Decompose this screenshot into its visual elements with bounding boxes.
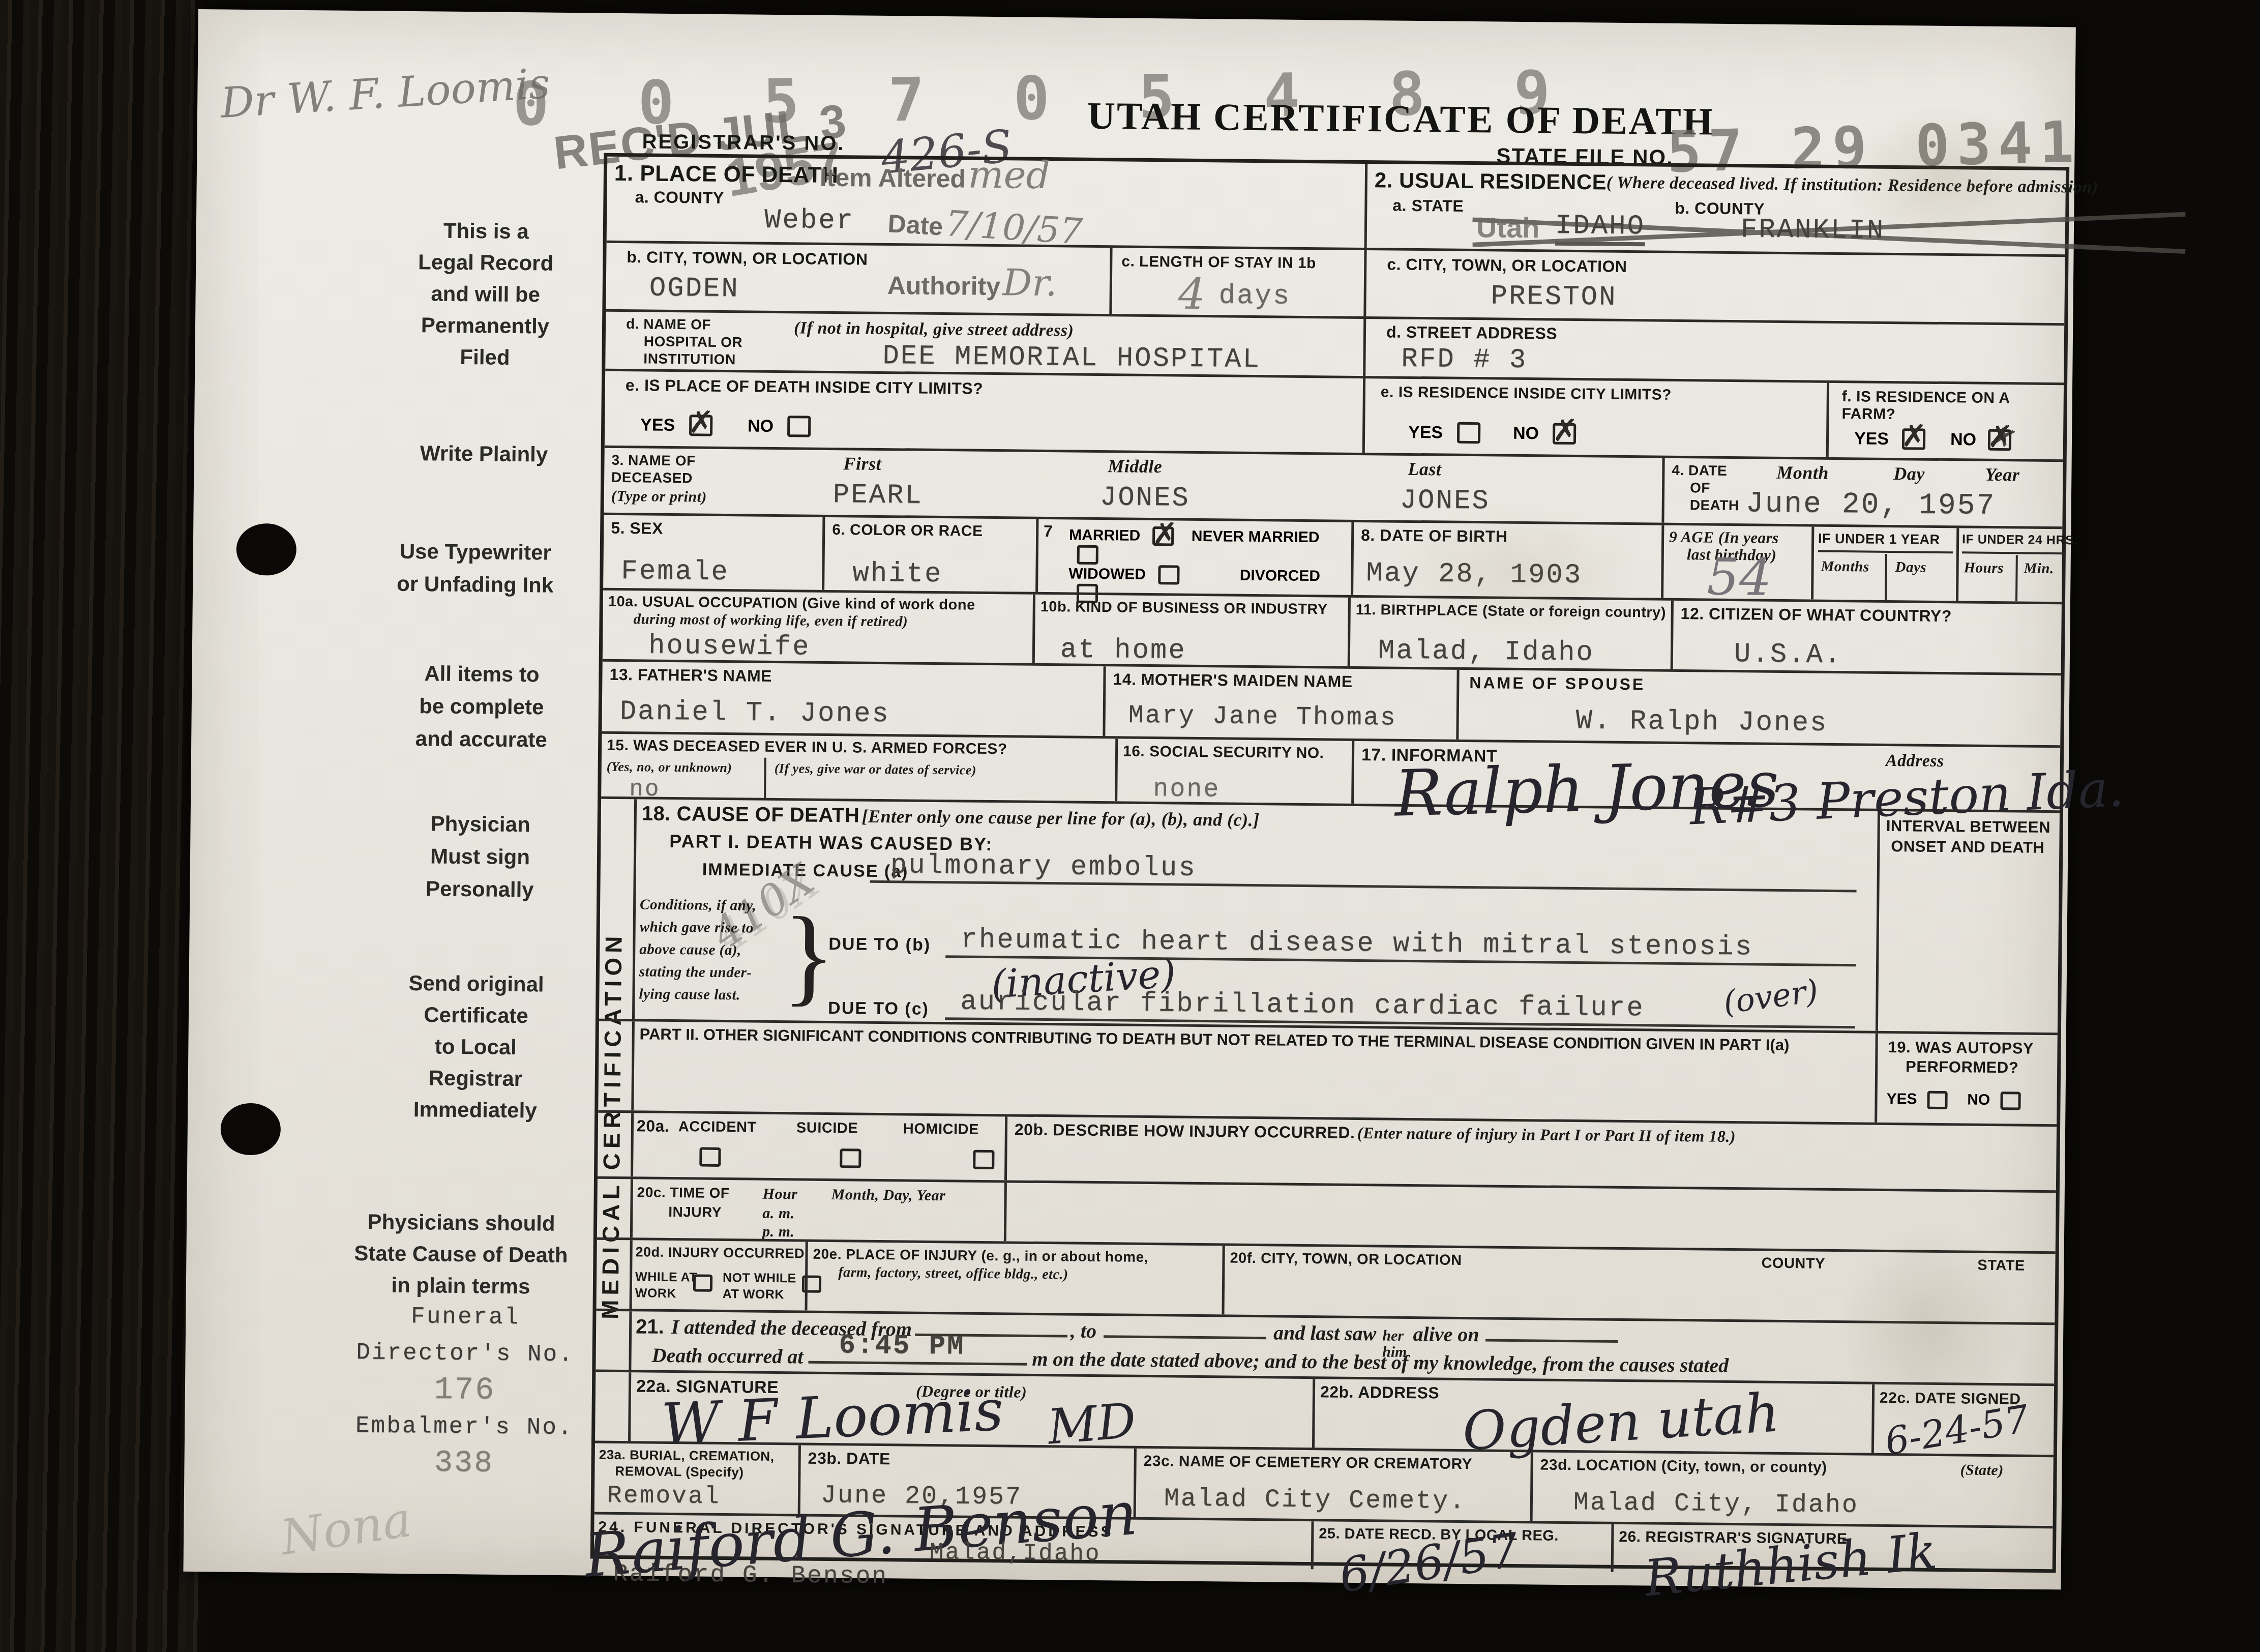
never-married-label: NEVER MARRIED — [1192, 528, 1320, 546]
funeral-directors-no-value: 176 — [353, 1371, 577, 1409]
margin-note-typewriter: Use Typewriter or Unfading Ink — [368, 535, 582, 602]
margin-note-write-plainly: Write Plainly — [387, 441, 580, 467]
paper-stain — [1839, 101, 2054, 256]
farm-yes-label: YES — [1854, 429, 1889, 449]
value-length-of-stay-number: 4 — [1178, 269, 1205, 319]
farm-no-checkbox: ✗✗ — [1988, 429, 2011, 451]
cell-armed-forces: 15. WAS DECEASED EVER IN U. S. ARMED FOR… — [601, 734, 1115, 802]
value-residence-city: PRESTON — [1491, 281, 1617, 313]
cell-name-of-spouse: NAME OF SPOUSE W. Ralph Jones — [1456, 670, 2068, 746]
cell-injury-occurred: 20d. INJURY OCCURRED WHILE AT WORK NOT W… — [632, 1240, 806, 1310]
value-spouse-name: W. Ralph Jones — [1575, 705, 1828, 739]
widowed-label: WIDOWED — [1068, 565, 1146, 582]
cell-age: 9 AGE (In years last birthday) 54 — [1661, 525, 1811, 600]
faint-pencil-note: Nona — [277, 1492, 415, 1567]
value-mothers-maiden-name: Mary Jane Thomas — [1128, 701, 1397, 733]
cell-informant: 17. INFORMANT Address Ralph Jones R#3 Pr… — [1351, 741, 2067, 811]
homicide-checkbox — [973, 1150, 994, 1169]
physician-degree-value: MD — [1046, 1393, 1138, 1455]
divorced-label: DIVORCED — [1240, 567, 1321, 585]
margin-note-legal-record: This is a Legal Record and will be Perma… — [388, 215, 583, 374]
autopsy-no-label: NO — [1967, 1091, 1990, 1108]
value-hospital-name: DEE MEMORIAL HOSPITAL — [882, 341, 1261, 375]
cell-date-received: 25. DATE RECD. BY LOCAL REG. 6/26/57 — [1311, 1521, 1612, 1572]
row-part2-autopsy: PART II. OTHER SIGNIFICANT CONDITIONS CO… — [598, 1019, 2058, 1125]
item-altered-stamp: Item Altered med — [820, 152, 1051, 197]
cell-color-race: 6. COLOR OR RACE white — [822, 517, 1036, 592]
value-color-race: white — [852, 558, 943, 590]
married-checkbox: ✗ — [1152, 526, 1174, 546]
registrars-no-label: REGISTRAR'S NO. — [642, 130, 845, 155]
death-limits-yes-label: YES — [640, 415, 675, 435]
value-cemetery-name: Malad City Cemety. — [1164, 1484, 1467, 1516]
cell-business-industry: 10b. KIND OF BUSINESS OR INDUSTRY at hom… — [1032, 595, 1348, 666]
cell-fathers-name: 13. FATHER'S NAME Daniel T. Jones — [602, 662, 1103, 736]
value-birthplace: Malad, Idaho — [1378, 635, 1594, 668]
handwritten-over-note: (over) — [1721, 972, 1821, 1021]
death-limits-no-checkbox — [787, 416, 811, 437]
value-citizen: U.S.A. — [1734, 639, 1842, 671]
cell-if-under-24-hrs: IF UNDER 24 HRS. Hours Min. — [1956, 528, 2069, 602]
value-business: at home — [1060, 634, 1186, 666]
cell-residence-city-limits: e. IS RESIDENCE INSIDE CITY LIMITS? YES … — [1362, 378, 1827, 457]
row-sex-race-marital-dob-age: 5. SEX Female 6. COLOR OR RACE white 7 M… — [603, 513, 2062, 602]
while-at-work-checkbox — [693, 1274, 712, 1291]
cell-sex: 5. SEX Female — [603, 515, 822, 590]
residence-limits-no-checkbox: ✗ — [1553, 423, 1576, 445]
physician-address-value: Ogden utah — [1461, 1381, 1781, 1462]
cell-place-of-injury: 20e. PLACE OF INJURY (e. g., in or about… — [805, 1242, 1222, 1315]
cell-funeral-director: 24. FUNERAL DIRECTOR'S SIGNATURE AND ADD… — [594, 1515, 1312, 1570]
alteration-date-value: 7/10/57 — [944, 202, 1083, 253]
punch-hole-bottom — [220, 1103, 281, 1156]
never-married-checkbox — [1077, 545, 1098, 565]
embalmers-no-value: 338 — [352, 1444, 576, 1483]
margin-note-send-original: Send original Certificate to Local Regis… — [368, 967, 583, 1127]
value-first-name: PEARL — [833, 480, 924, 512]
farm-yes-checkbox: ✗ — [1901, 428, 1925, 450]
cell-time-of-injury: 20c. TIME OF INJURY Hour Month, Day, Yea… — [633, 1179, 1004, 1241]
cell-cemetery-location: 23d. LOCATION (City, town, or county) (S… — [1530, 1452, 2061, 1526]
embalmers-no-label: Embalmer's No. — [352, 1407, 577, 1446]
cell-autopsy: 19. WAS AUTOPSY PERFORMED? YES NO — [1875, 1034, 2065, 1125]
cell-marital-status: 7 MARRIED ✗ NEVER MARRIED WIDOWED DIVORC… — [1035, 519, 1351, 595]
value-street-address: RFD # 3 — [1401, 344, 1527, 376]
cell-social-security: 16. SOCIAL SECURITY NO. none — [1115, 739, 1352, 803]
certificate-paper: Dr W. F. Loomis This is a Legal Record a… — [184, 9, 2076, 1589]
value-immediate-cause: pulmonary embolus — [890, 850, 1197, 884]
cell-residence-farm: f. IS RESIDENCE ON A FARM? YES ✗ NO ✗✗ — [1826, 383, 2071, 460]
row-occupation-birthplace-citizen: 10a. USUAL OCCUPATION (Give kind of work… — [603, 588, 2062, 673]
cell-describe-injury: 20b. DESCRIBE HOW INJURY OCCURRED. (Ente… — [1004, 1116, 2064, 1190]
cell-registrar-signature: 26. REGISTRAR'S SIGNATURE Ruthhish Ik — [1611, 1524, 2060, 1576]
row-parents-spouse: 13. FATHER'S NAME Daniel T. Jones 14. MO… — [602, 659, 2061, 746]
cell-death-city-limits: e. IS PLACE OF DEATH INSIDE CITY LIMITS?… — [605, 371, 1363, 453]
value-occupation: housewife — [648, 631, 811, 663]
funeral-director-address: Malad,Idaho — [930, 1539, 1101, 1567]
value-burial-type: Removal — [607, 1482, 721, 1511]
form-title: UTAH CERTIFICATE OF DEATH — [1087, 94, 1715, 144]
value-ssn: none — [1153, 775, 1221, 804]
alteration-authority-value: Dr. — [1002, 261, 1057, 304]
row-city-limits: e. IS PLACE OF DEATH INSIDE CITY LIMITS?… — [605, 369, 2064, 460]
cell-residence-city: c. CITY, TOWN, OR LOCATION PRESTON — [1363, 250, 2072, 323]
autopsy-yes-checkbox — [1927, 1091, 1948, 1109]
value-death-county: Weber — [764, 205, 855, 237]
value-residence-state: IDAHO — [1555, 211, 1646, 247]
residence-limits-yes-checkbox — [1456, 422, 1480, 444]
pencil-doctor-name: Dr W. F. Loomis — [219, 60, 551, 128]
cell-physician-signature: 22a. SIGNATURE (Degree or title) W F Loo… — [631, 1372, 1313, 1448]
accident-checkbox — [699, 1147, 721, 1167]
cell-hospital-name: d. NAME OF HOSPITAL OR INSTITUTION (If n… — [605, 312, 1363, 376]
cell-accident-suicide-homicide: 20a. ACCIDENT SUICIDE HOMICIDE — [633, 1113, 1005, 1180]
value-length-of-stay-unit: days — [1218, 280, 1291, 312]
cell-physician-address: 22b. ADDRESS Ogden utah — [1312, 1379, 1872, 1453]
row-cause-of-death: 18. CAUSE OF DEATH [Enter only one cause… — [599, 796, 2060, 1033]
widowed-checkbox — [1158, 565, 1179, 584]
suicide-checkbox — [840, 1148, 861, 1168]
value-time-of-death: 6:45 PM — [839, 1330, 965, 1362]
farm-no-label: NO — [1950, 430, 1976, 449]
residence-limits-yes-label: YES — [1408, 423, 1443, 442]
cell-interval-onset-death: INTERVAL BETWEEN ONSET AND DEATH — [1876, 811, 2067, 1033]
cell-part2-conditions: PART II. OTHER SIGNIFICANT CONDITIONS CO… — [634, 1021, 1876, 1122]
residence-limits-no-label: NO — [1513, 424, 1539, 443]
punch-hole-top — [236, 523, 296, 576]
cell-citizen-country: 12. CITIZEN OF WHAT COUNTRY? U.S.A. — [1671, 601, 2069, 673]
value-middle-name: JONES — [1100, 482, 1191, 514]
row-injury-location: 20d. INJURY OCCURRED WHILE AT WORK NOT W… — [597, 1237, 2056, 1323]
value-cemetery-location: Malad City, Idaho — [1573, 1488, 1859, 1520]
cell-length-of-stay: c. LENGTH OF STAY IN 1b 4 days — [1109, 248, 1364, 316]
dark-background-left-edge — [0, 0, 203, 1652]
cell-mothers-maiden-name: 14. MOTHER'S MAIDEN NAME Mary Jane Thoma… — [1103, 666, 1456, 740]
margin-note-all-items: All items to be complete and accurate — [384, 657, 579, 757]
value-date-of-death: June 20, 1957 — [1745, 487, 1996, 523]
value-death-city: OGDEN — [649, 273, 739, 305]
death-limits-yes-checkbox: ✗ — [689, 415, 712, 436]
cell-date-of-death: 4. DATE OF DEATH Month Day Year June 20,… — [1661, 458, 2070, 527]
item-altered-value: med — [968, 153, 1050, 198]
value-sex: Female — [621, 556, 729, 588]
cell-if-under-1-year: IF UNDER 1 YEAR Months Days — [1811, 526, 1956, 601]
row-physician-signature: 22a. SIGNATURE (Degree or title) W F Loo… — [595, 1370, 2054, 1455]
married-label: MARRIED — [1069, 526, 1140, 544]
cell-street-address: d. STREET ADDRESS RFD # 3 — [1363, 319, 2071, 382]
value-fathers-name: Daniel T. Jones — [619, 696, 890, 730]
autopsy-yes-label: YES — [1886, 1090, 1917, 1108]
margin-note-physician-sign: Physician Must sign Personally — [383, 807, 577, 907]
scanned-death-certificate-photo: { "glyphs": { "check": "✗", "brace": "}"… — [0, 0, 2260, 1652]
alteration-authority-stamp: Authority Dr. — [887, 260, 1058, 304]
margin-note-plain-terms: Physicians should State Cause of Death i… — [334, 1206, 589, 1303]
cell-usual-occupation: 10a. USUAL OCCUPATION (Give kind of work… — [603, 591, 1033, 663]
autopsy-no-checkbox — [2000, 1091, 2020, 1110]
death-limits-no-label: NO — [748, 416, 774, 435]
funeral-directors-no-block: Funeral Director's No. 176 Embalmer's No… — [352, 1297, 577, 1483]
